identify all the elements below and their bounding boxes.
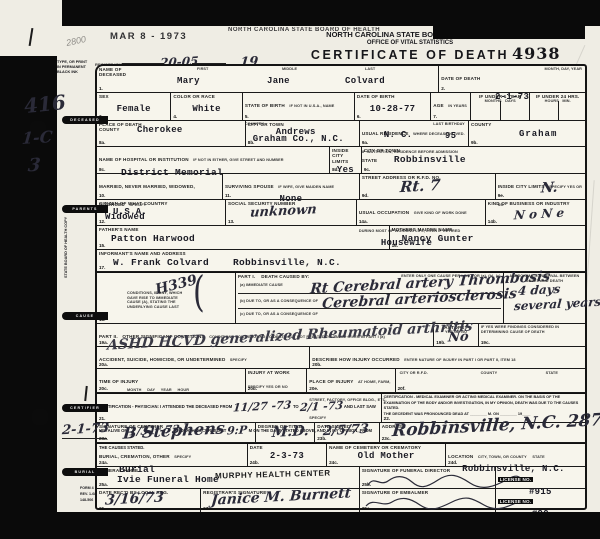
certifier-signature: B Stephens [122,418,225,442]
field-father-name: FATHER'S NAME Patton Harwood 15. [97,226,390,250]
dod-sub: MONTH, DAY, YEAR [545,67,582,71]
tab-parents: PARENTS [62,205,108,213]
col-middle: MIDDLE [282,67,297,71]
street-value: Rt. 7 [399,176,441,196]
degree-value: M.D. [271,423,309,441]
field-mother-name: MOTHERS MAIDEN NAME Nancy Gunter 16. [390,226,585,250]
field-date-of-death: DATE OF DEATH MONTH, DAY, YEAR 2-1-73 2. [439,66,585,93]
hand-brace: ( [193,268,205,317]
field-marital-status: MARRIED, NEVER MARRIED, WIDOWED, DIVORCE… [97,174,223,200]
field-certifier-address: ADDRESS Robbinsville, N.C. 28771 23c. [380,423,585,443]
certification-physician: CERTIFICATION - PHYSICIAN: I ATTENDED TH… [97,394,382,423]
field-injury-at-work: INJURY AT WORK SPECIFY YES OR NO 20d. [246,369,308,393]
field-date-of-birth: DATE OF BIRTH 10-28-77 6. [355,93,431,121]
date-received-value: 3/16/73 [104,489,164,508]
margin-code-1c: 1-C [21,127,53,148]
pen-mark [29,28,34,46]
mother-value: Nancy Gunter [402,233,583,244]
field-residence-state: USUAL RESIDENCE WHERE DECEASED LIVED. IF… [360,121,469,147]
scanned-death-certificate: NORTH CAROLINA STATE BOARD OF HEALTH MAR… [0,0,600,539]
field-industry: KIND OF BUSINESS OR INDUSTRY N o N e 14b… [486,200,585,226]
cause-a-interval: 4 days [517,282,561,298]
col-first: FIRST [197,67,208,71]
scan-bar-bottom [0,512,600,539]
field-cemetery: NAME OF CEMETERY OR CREMATORY Old Mother… [327,444,446,467]
field-if-under-24-hrs: IF UNDER 24 HRS. HOURS MIN. [530,93,585,121]
field-occupation: USUAL OCCUPATION GIVE KIND OF WORK DONE … [357,200,486,226]
field-pod-city: CITY OR TOWN Andrews 8b. [246,121,360,147]
residence-county-value: Graham [519,129,557,139]
field-embalmer-license: LICENSE NO. #90 [496,489,585,512]
field-funeral-director-signature: SIGNATURE OF FUNERAL DIRECTOR 25b. [360,467,496,489]
margin-code-416: 416 [23,90,67,118]
margin-hand-date: 2-1-73 [61,421,109,439]
form-code: 148-506 [80,498,96,504]
date-signed-value: 2/5/73 [323,422,370,439]
father-value: Patton Harwood [111,233,387,244]
tab-cause: CAUSE [62,312,108,320]
pencil-code: 2800 [65,34,87,48]
field-street-address: STREET ADDRESS OR R.F.D. NO. Rt. 7 9d. [360,174,496,200]
phys-to: 2/1 -73 [299,394,344,421]
me-title: CERTIFICATION - MEDICAL EXAMINER OR ACTI… [384,395,517,399]
field-funeral-home: FUNERAL HOME Ivie Funeral Home MURPHY HE… [97,467,360,489]
pod-county-value: Cherokee [137,125,183,135]
field-pod-city-limits: INSIDE CITY LIMITS Yes 8d. [330,147,362,174]
field-embalmer-signature: SIGNATURE OF EMBALMER 25c. [360,489,496,512]
informant-value: W. Frank Colvard Robbinsville, N.C. [113,257,583,268]
field-injury-location: CITY OR R.F.D. COUNTY STATE 20f. [396,369,585,393]
tab-certifier: CERTIFIER [62,404,108,412]
field-ssn: SOCIAL SECURITY NUMBER unknown 13. [226,200,357,226]
certificate-title: CERTIFICATE OF DEATH [290,48,530,62]
form-rev: REV. 1-68 [80,492,96,498]
cause-interval-column: APPROXIMATE INTERVAL BETWEEN ONSET AND D… [504,273,585,324]
field-other-conditions: PART II. OTHER SIGNIFICANT CONDITIONS CO… [97,324,434,347]
field-citizen: CITIZEN OF WHAT COUNTRY U.S.A. 12. [97,200,226,226]
field-time-of-injury: TIME OF INJURY MONTH DAY YEAR HOUR 20c. [97,369,246,393]
ssn-value: unknown [249,202,317,221]
certificate-form: NAME OF DECEASED FIRST MIDDLE LAST Mary … [95,64,587,510]
race-value: White [173,104,239,114]
field-burial-date: DATE 2-3-73 24b. [248,444,327,467]
field-state-of-birth: STATE OF BIRTH IF NOT IN U.S.A., NAME CO… [243,93,355,121]
certificate-number: 4938 [512,44,561,63]
industry-value: N o N e [513,206,564,223]
phys-from: 11/27 -73 [232,393,292,420]
name-first: Mary [177,76,200,86]
field-surviving-spouse: SURVIVING SPOUSE IF WIFE, GIVE MAIDEN NA… [223,174,360,200]
scan-bar-top-right [433,26,585,39]
cause-side-note: CONDITIONS, IF ANY, WHICH GAVE RISE TO I… [127,291,189,310]
field-signature-of-certifier: SIGNATURE OF CERTIFIER B Stephens 23a. [97,423,256,443]
header-office: OFFICE OF VITAL STATISTICS [290,40,530,46]
form-number-block: FORM 4 REV. 1-68 148-506 [80,486,96,503]
field-hospital: NAME OF HOSPITAL OR INSTITUTION IF NOT I… [97,147,330,174]
name-middle: Jane [267,76,290,86]
margin-code-3: 3 [27,155,41,177]
residence-state-value: N. C. [384,130,413,140]
field-age: AGE IN YEARS LAST BIRTHDAY 95 7. [431,93,471,121]
copy-note: STATE BOARD OF HEALTH COPY [64,268,69,278]
citizen-value: U.S.A. [113,207,223,217]
field-how-injury-occurred: DESCRIBE HOW INJURY OCCURRED ENTER NATUR… [310,347,585,369]
field-degree-title: DEGREE OR TITLE M.D. [256,423,316,443]
cause-lines: PART I. DEATH CAUSED BY: ENTER ONLY ONE … [236,273,504,324]
sex-value: Female [99,104,168,114]
hole-punch [31,408,49,426]
field-registrar-signature: REGISTRAR'S SIGNATURE Janice M. Burnett … [201,489,360,512]
field-date-received: DATE REC'D BY LOCAL REG. 3/16/73 26. [97,489,201,512]
field-informant: INFORMANT'S NAME AND ADDRESS W. Frank Co… [97,250,585,272]
field-if-under-1-year: IF UNDER 1 YEAR MONTHS DAYS [471,93,531,121]
field-burial-type: BURIAL, CREMATION, OTHER SPECIFY Burial … [97,444,248,467]
field-date-signed: DATE SIGNED 2/5/73 23b. [315,423,380,443]
field-race: COLOR OR RACE White 4. [171,93,242,121]
field-fd-license: LICENSE NO. #915 [496,467,585,489]
field-sex: SEX Female 3. [97,93,171,121]
field-place-of-injury: PLACE OF INJURY AT HOME, FARM, STREET, F… [307,369,395,393]
tab-deceased: DECEASED [62,116,108,124]
field-burial-location: LOCATION CITY, TOWN, OR COUNTY STATE Rob… [446,444,585,467]
dod-label: DATE OF DEATH [441,76,480,81]
name-last: Colvard [345,76,385,86]
burial-date-value: 2-3-73 [250,451,324,461]
dob-value: 10-28-77 [357,104,428,114]
field-pod-county: PLACE OF DEATH COUNTY Cherokee 8a. [97,121,246,147]
tab-burial: BURIAL [62,468,108,476]
col-last: LAST [365,67,375,71]
residence-city-value: Robbinsville [394,154,583,165]
type-note: TYPE, OR PRINT IN PERMANENT BLACK INK [57,60,90,75]
scan-bar-top [62,0,600,26]
residence-limits-value: N. [540,180,558,197]
cemetery-value: Old Mother [329,451,443,461]
field-residence-city-limits: INSIDE CITY LIMITS SPECIFY YES OR NO N. … [496,174,585,200]
name-label: NAME OF DECEASED [99,67,133,78]
field-name-of-deceased: NAME OF DECEASED FIRST MIDDLE LAST Mary … [97,66,439,93]
pen-mark [84,386,88,401]
received-date-stamp: MAR 8 - 1973 [110,31,187,42]
field-autopsy-findings: IF YES WERE FINDINGS CONSIDERED IN DETER… [479,324,585,347]
field-residence-county: COUNTY Graham 9b. [469,121,585,147]
pod-city-value: Andrews [276,127,316,137]
field-residence-city: CITY OR TOWN Robbinsville 9c. [362,147,585,174]
registrar-signature-value: Janice M. Burnett [211,485,352,508]
cause-conditions-stub: H339 ( CONDITIONS, IF ANY, WHICH GAVE RI… [97,273,236,324]
